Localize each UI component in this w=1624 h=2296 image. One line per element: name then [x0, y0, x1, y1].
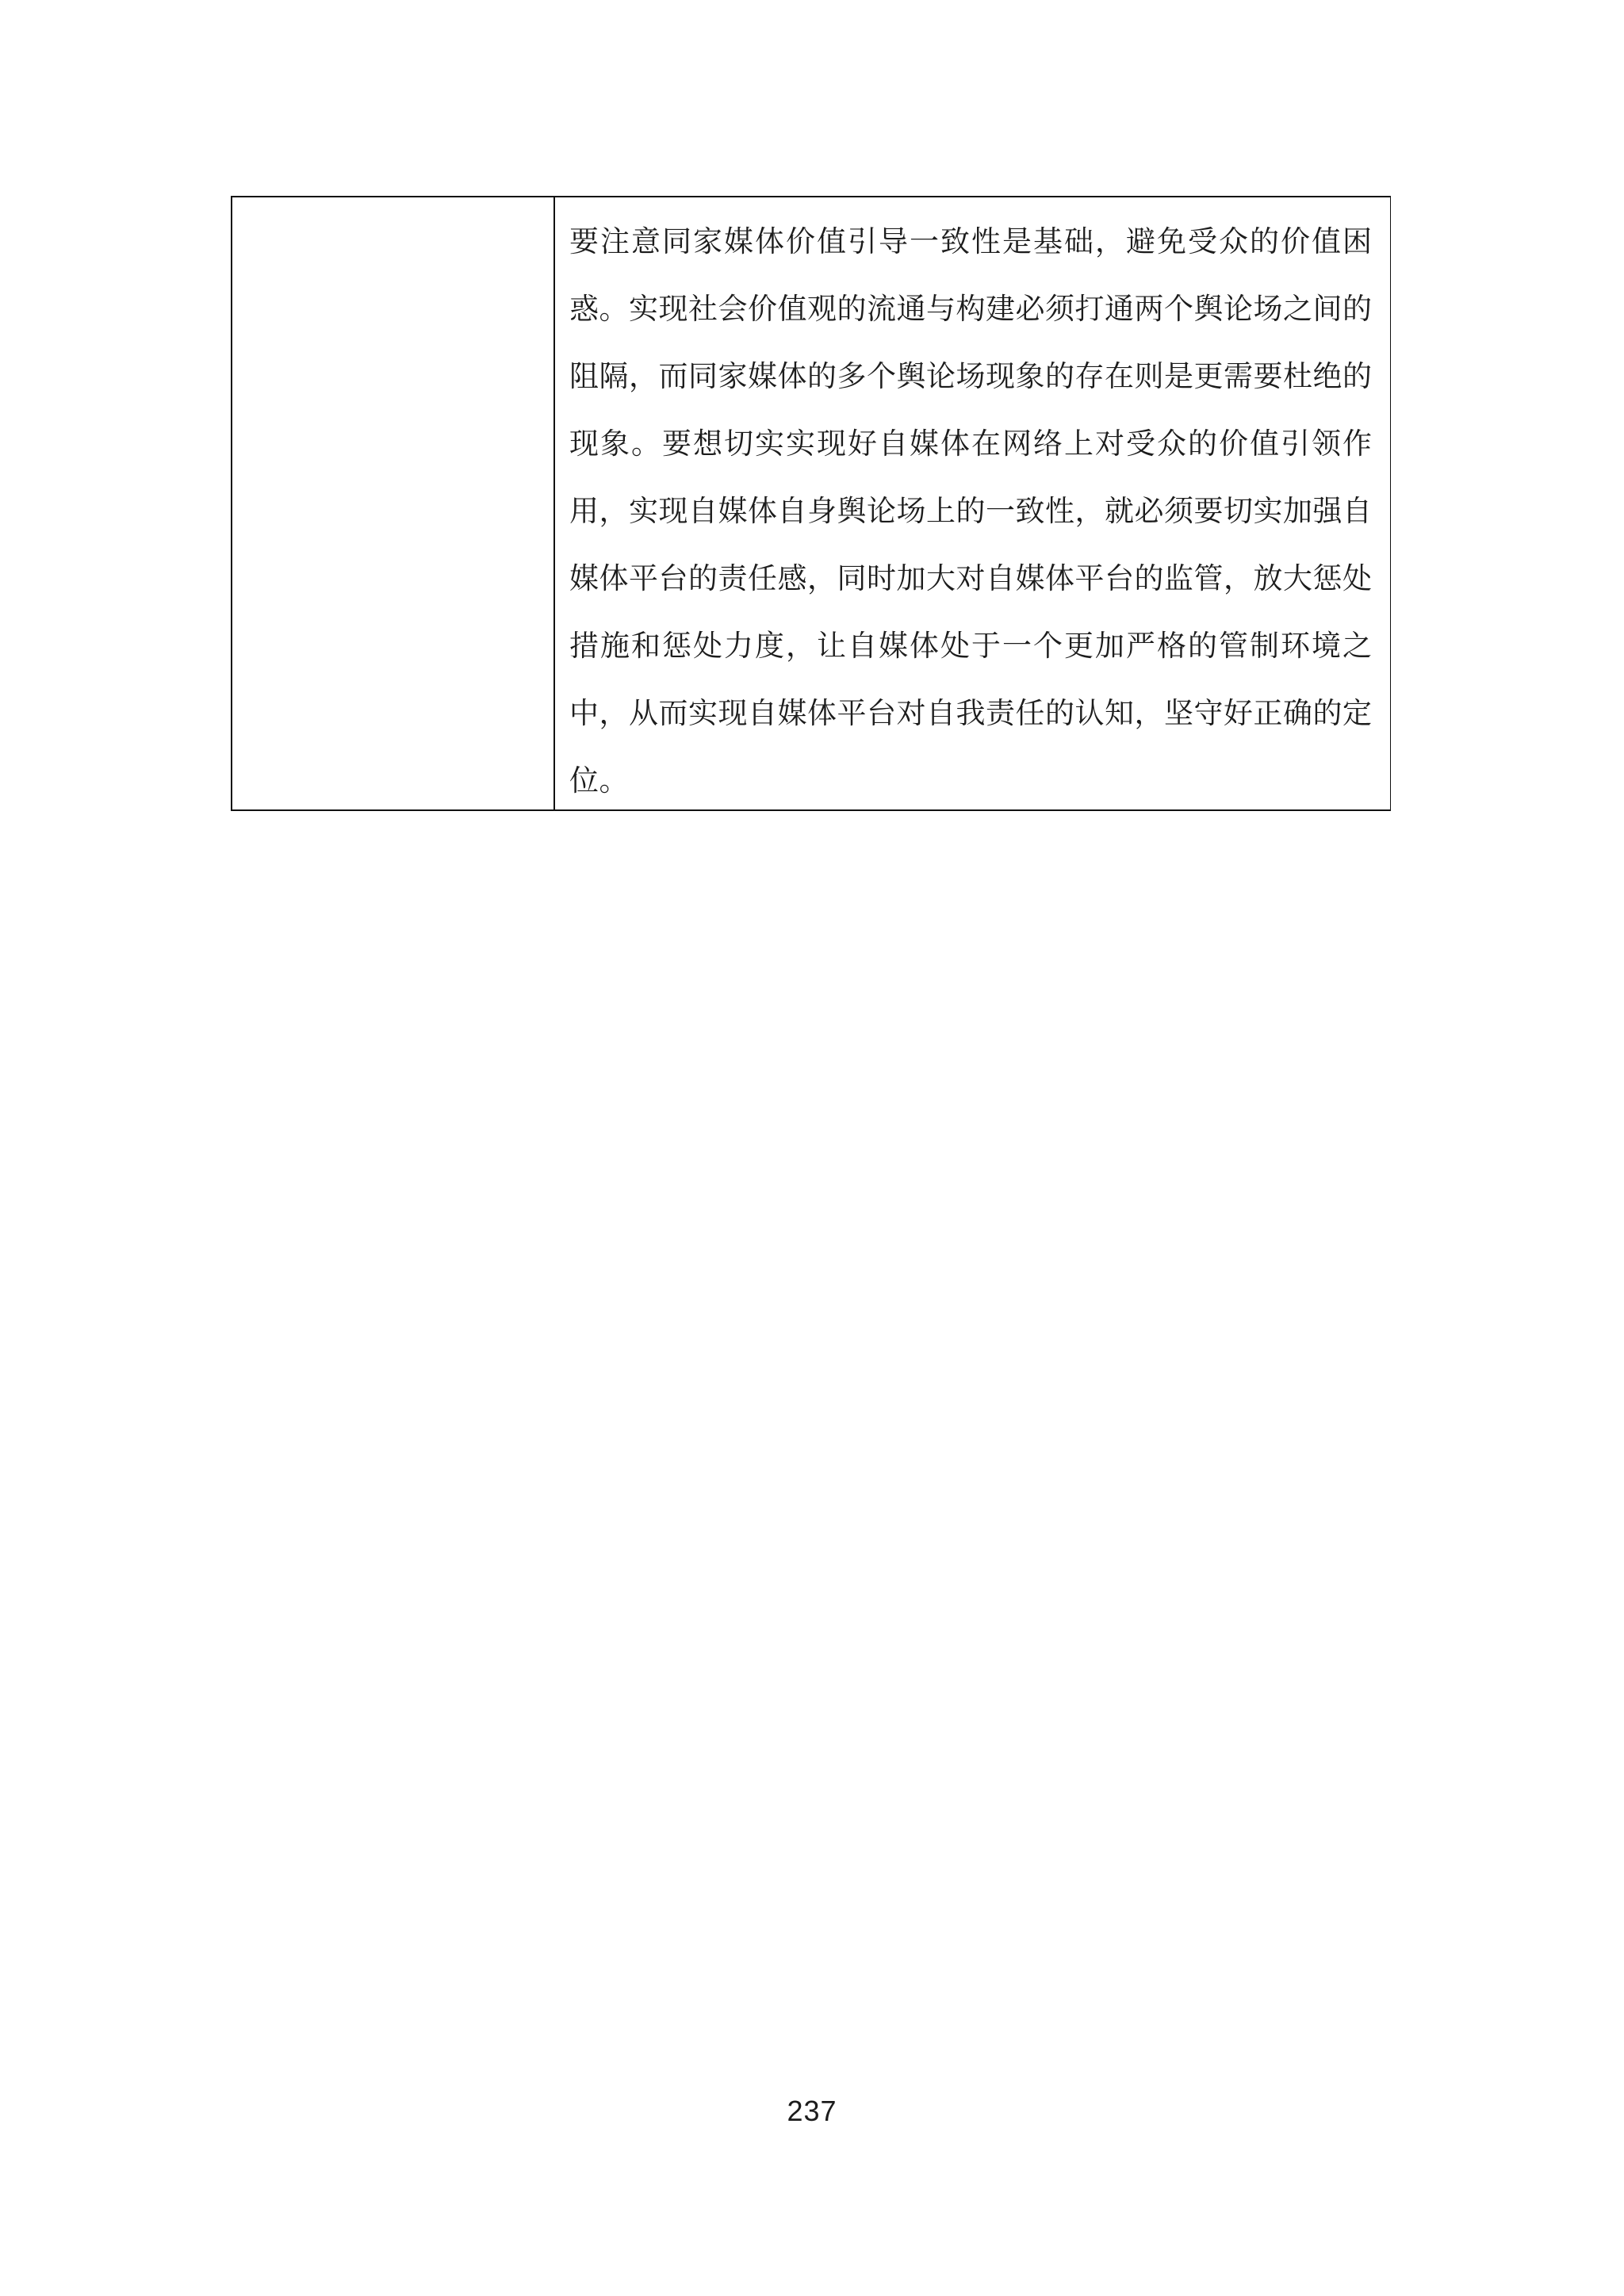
paragraph-line: 用，实现自媒体自身舆论场上的一致性，就必须要切实加强自 — [569, 478, 1373, 545]
table-cell-empty — [232, 197, 555, 809]
paragraph-line: 要注意同家媒体价值引导一致性是基础，避免受众的价值困 — [569, 209, 1373, 276]
content-table: 要注意同家媒体价值引导一致性是基础，避免受众的价值困 惑。实现社会价值观的流通与… — [231, 196, 1391, 811]
paragraph-line: 中，从而实现自媒体平台对自我责任的认知，坚守好正确的定 — [569, 680, 1373, 748]
table-cell-paragraph: 要注意同家媒体价值引导一致性是基础，避免受众的价值困 惑。实现社会价值观的流通与… — [555, 197, 1390, 809]
paragraph-line: 媒体平台的责任感，同时加大对自媒体平台的监管，放大惩处 — [569, 545, 1373, 613]
paragraph-line: 现象。要想切实实现好自媒体在网络上对受众的价值引领作 — [569, 411, 1373, 478]
paragraph-line: 位。 — [569, 748, 1373, 815]
paragraph-line: 阻隔，而同家媒体的多个舆论场现象的存在则是更需要杜绝的 — [569, 343, 1373, 411]
paragraph-line: 惑。实现社会价值观的流通与构建必须打通两个舆论场之间的 — [569, 276, 1373, 343]
paragraph-line: 措施和惩处力度，让自媒体处于一个更加严格的管制环境之 — [569, 613, 1373, 680]
document-page: 要注意同家媒体价值引导一致性是基础，避免受众的价值困 惑。实现社会价值观的流通与… — [0, 0, 1624, 2296]
page-number: 237 — [0, 2095, 1624, 2128]
